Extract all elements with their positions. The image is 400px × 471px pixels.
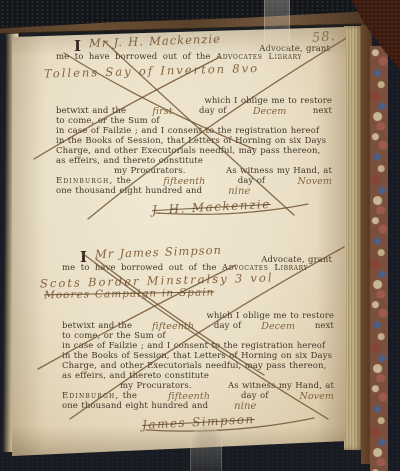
- book-entry: Tollens Say of Inverton 8vo: [44, 59, 320, 80]
- sum-line: to come, or the Sum of: [62, 331, 334, 341]
- book-photo: 58. I Mr J. H. Mackenzie Advocate, grant…: [0, 0, 400, 471]
- borrower-line: I Mr J. H. Mackenzie Advocate, grant: [56, 37, 332, 53]
- effeirs-line: as effeirs, and thereto constitute: [62, 371, 334, 381]
- borrowed-label: me to have borrowed out of the: [62, 263, 217, 273]
- year-word: nine: [228, 186, 250, 197]
- oblige-line: which I oblige me to restore: [62, 311, 334, 321]
- session-line: in the Books of Session, that Letters of…: [56, 136, 332, 146]
- marbled-board-edge: [370, 46, 388, 471]
- borrower-line: I Mr James Simpson Advocate, grant: [62, 248, 334, 264]
- effeirs-line: as effeirs, and thereto constitute: [56, 156, 332, 166]
- year-label: one thousand eight hundred and: [56, 186, 202, 197]
- oblige-line: which I oblige me to restore: [56, 96, 332, 106]
- borrower-name: Mr J. H. Mackenzie: [89, 32, 221, 51]
- witness-label: As witness my Hand, at: [226, 166, 332, 176]
- signature: J. H. Mackenzie: [152, 197, 271, 217]
- failzie-line: in case of Failzie ; and I consent to th…: [62, 341, 334, 351]
- charge-line: Charge, and other Executorials needful, …: [56, 146, 332, 156]
- failzie-line: in case of Failzie ; and I consent to th…: [56, 126, 332, 136]
- witness-label: As witness my Hand, at: [228, 381, 334, 391]
- year-line: one thousand eight hundred and nine: [56, 186, 332, 197]
- session-line: in the Books of Session, that Letters of…: [62, 351, 334, 361]
- restraint-strap-bottom: [190, 427, 222, 471]
- procurators-label: my Procurators.: [120, 381, 192, 391]
- restraint-strap-top: [264, 0, 290, 57]
- year-line: one thousand eight hundred and nine: [62, 401, 334, 412]
- procurators-line: my Procurators. As witness my Hand, at: [62, 381, 334, 391]
- procurators-label: my Procurators.: [114, 166, 186, 176]
- sum-line: to come, or the Sum of: [56, 116, 332, 126]
- year-word: nine: [234, 401, 256, 412]
- procurators-line: my Procurators. As witness my Hand, at: [56, 166, 332, 176]
- borrower-name: Mr James Simpson: [95, 243, 222, 261]
- charge-line: Charge, and other Executorials needful, …: [62, 361, 334, 371]
- register-page: 58. I Mr J. H. Mackenzie Advocate, grant…: [12, 27, 346, 456]
- borrowed-label: me to have borrowed out of the: [56, 52, 211, 62]
- year-label: one thousand eight hundred and: [62, 401, 208, 412]
